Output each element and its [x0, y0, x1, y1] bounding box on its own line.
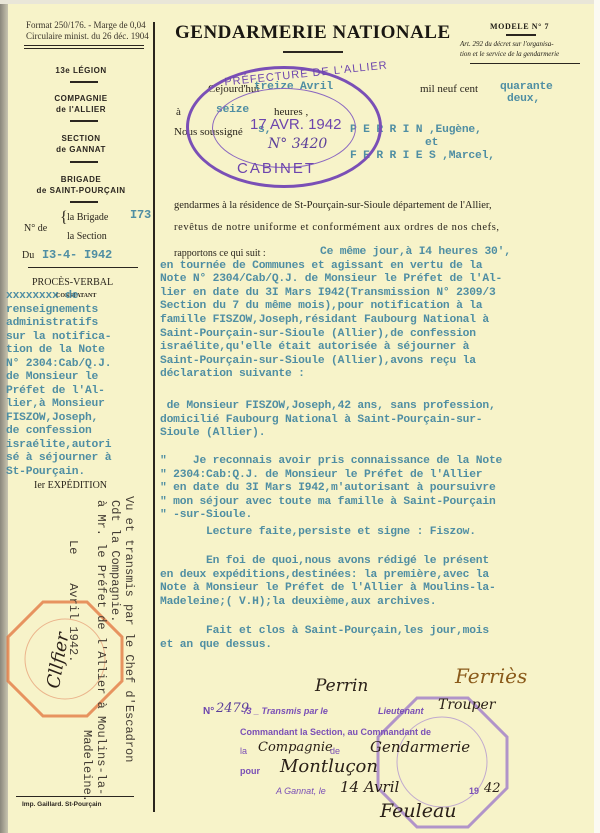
transmittal-gendarmerie: Gendarmerie [370, 738, 470, 756]
format-line-1: Format 250/176. - Marge de 0,04 [26, 20, 146, 30]
transmittal-line-3-prefix: la [240, 746, 247, 756]
report-line: Ce même jour,à I4 heures 30', [160, 246, 511, 260]
declaration-line: " 2304:Cab:Q.J. de Monsieur le Préfet de… [160, 469, 502, 483]
summary-line: sé à séjourner à [6, 452, 111, 466]
declaration: " Je reconnais avoir pris connaissance d… [160, 455, 502, 523]
summary-line: de Monsieur le [6, 371, 111, 385]
summary-line: St-Pourçain. [6, 466, 111, 480]
summary-line: israélite,autori [6, 439, 111, 453]
report-line: déclaration suivante : [160, 368, 511, 382]
divider [28, 267, 138, 268]
declarant-line: de Monsieur FISZOW,Joseph,42 ans, sans p… [160, 400, 496, 414]
transmittal-destination: Montluçon [280, 756, 378, 777]
declarant-line: domicilié Faubourg National à Saint-Pour… [160, 414, 496, 428]
brigade-number-value: I73 [130, 208, 151, 222]
section-name: de GANNAT [16, 145, 146, 154]
transmittal-year: 42 [484, 781, 501, 796]
section-number-label: la Section [67, 231, 107, 242]
signature-section-chief: Feuleau [380, 800, 457, 822]
scan-edge-right [594, 0, 600, 833]
vertical-line-2: Cdt la Compagnie. [108, 500, 122, 622]
transmittal-line-3-mid: de [330, 746, 340, 756]
report-line: en tournée de Communes et agissant en ve… [160, 260, 511, 274]
reading-line: Lecture faite,persiste et signe : Fiszow… [160, 526, 476, 538]
year-typed-2: deux, [507, 93, 540, 105]
report-line: Note N° 2304/Cab/Q.J. de Monsieur le Pré… [160, 273, 511, 287]
summary-line: Préfet de l'Al- [6, 385, 111, 399]
prefecture-stamp-number: N° 3420 [268, 136, 327, 152]
divider [470, 63, 580, 64]
summary-line: sur la notifica- [6, 331, 111, 345]
report-line: Saint-Pourçain-sur-Sioule (Allier),de co… [160, 328, 511, 342]
report-line: famille FISZOW,Joseph,résidant Faubourg … [160, 314, 511, 328]
signature-lieutenant: Trouper [438, 697, 495, 713]
divider [70, 81, 98, 83]
divider [70, 161, 98, 163]
divider [506, 34, 536, 36]
report-line: israélite,qu'elle était autorisée à séjo… [160, 341, 511, 355]
summary-line: FISZOW,Joseph, [6, 412, 111, 426]
prefecture-stamp-bottom: CABINET [237, 160, 316, 177]
closing-line: en deux expéditions,destinées: la premiè… [160, 569, 496, 583]
done-line: et an que dessus. [160, 639, 489, 653]
signature-perrin: Perrin [315, 676, 368, 696]
names-and: et [425, 137, 438, 149]
residence-line: gendarmes à la résidence de St-Pourçain-… [174, 200, 492, 211]
transmittal-date: 14 Avril [340, 778, 399, 796]
closing-line: En foi de quoi,nous avons rédigé le prés… [160, 555, 496, 569]
declaration-line: " Je reconnais avoir pris connaissance d… [160, 455, 502, 469]
closing-line: Note à Monsieur le Préfet de l'Allier à … [160, 582, 496, 596]
divider [283, 51, 343, 53]
summary-line: xxxxxxxx de [6, 290, 111, 304]
format-line-2: Circulaire minist. du 26 déc. 1904 [26, 31, 149, 41]
summary-line: administratifs [6, 317, 111, 331]
uniform-line: revêtus de notre uniforme et conformémen… [174, 222, 500, 233]
report-line: Saint-Pourçain-sur-Sioule (Allier),avons… [160, 355, 511, 369]
fait-et-clos: Fait et clos à Saint-Pourçain,les jour,m… [160, 625, 489, 652]
transmittal-year-prefix: 19 [469, 786, 479, 796]
transmittal-line-5-prefix: A Gannat, le [276, 786, 326, 796]
vertical-line-1: Vu et transmis par le Chef d'Escadron [122, 496, 136, 762]
legion-label: 13e LÉGION [16, 66, 146, 75]
prefecture-stamp-date: 17 AVR. 1942 [250, 116, 341, 133]
transmittal-number-prefix: N° [203, 706, 214, 717]
document-title: GENDARMERIE NATIONALE [175, 22, 451, 44]
closing-line: Madeleine;( V.H);la deuxième,aux archive… [160, 596, 496, 610]
summary-line: tion de la Note [6, 344, 111, 358]
vertical-line-3: à Mr. le Préfet de l'Allier à Moulins-la… [94, 500, 108, 795]
brigade-number-label: la Brigade [67, 212, 108, 223]
date-label: Du [22, 250, 34, 261]
report-body: Ce même jour,à I4 heures 30',en tournée … [160, 246, 511, 382]
transmittal-company: Compagnie [258, 740, 333, 755]
model-label: MODELE N° 7 [490, 22, 549, 31]
declaration-line: " mon séjour avec toute ma famille à Sai… [160, 496, 502, 510]
section-label: SECTION [16, 134, 146, 143]
hour-prefix: à [176, 106, 181, 118]
transmittal-line-2: Commandant la Section, au Commandant de [240, 727, 431, 737]
number-label: N° de [24, 223, 47, 234]
declarant-line: Sioule (Allier). [160, 427, 496, 441]
done-line: Fait et clos à Saint-Pourçain,les jour,m… [160, 625, 489, 639]
vertical-line-5: Le Avril 1942. [66, 540, 80, 662]
expedition-label: Ier EXPÉDITION [34, 480, 107, 491]
scan-edge-top [0, 0, 600, 4]
company-name: de l'ALLIER [16, 105, 146, 114]
date-value: I3-4- I942 [42, 248, 112, 262]
printer-mark: Imp. Gaillard. St-Pourçain [22, 801, 101, 808]
pv-summary: xxxxxxxx derenseignementsadministratifss… [6, 290, 111, 479]
model-ref-1: Art. 292 du décret sur l'organisa- [460, 40, 554, 48]
transmittal-line-4-prefix: pour [240, 766, 260, 776]
brigade-label: BRIGADE [16, 175, 146, 184]
column-divider [153, 22, 155, 812]
summary-line: N° 2304:Cab/Q.J. [6, 358, 111, 372]
report-line: Section du 7 du même mois),pour notifica… [160, 300, 511, 314]
vertical-line-4: Madeleine. [80, 730, 94, 802]
transmittal-rank: Lieutenant [378, 706, 424, 716]
company-label: COMPAGNIE [16, 94, 146, 103]
declarant: de Monsieur FISZOW,Joseph,42 ans, sans p… [160, 400, 496, 441]
declaration-line: " -sur-Sioule. [160, 509, 502, 523]
divider [70, 201, 98, 203]
transmittal-line-1: /3 _ Transmis par le [244, 706, 328, 716]
pv-title: PROCÈS-VERBAL [32, 277, 113, 288]
brigade-name: de SAINT-POURÇAIN [16, 186, 146, 195]
signature-ferries: Ferriès [455, 664, 527, 688]
report-line: lier en date du 3I Mars I942(Transmissio… [160, 287, 511, 301]
year-typed-1: quarante [500, 81, 553, 93]
declaration-line: " en date du 3I Mars I942,m'autorisant à… [160, 482, 502, 496]
summary-line: lier,à Monsieur [6, 398, 111, 412]
date-mid: mil neuf cent [420, 83, 478, 95]
model-ref-2: tion et le service de la gendarmerie [460, 50, 559, 58]
divider [16, 796, 134, 797]
divider [24, 45, 144, 46]
summary-line: de confession [6, 425, 111, 439]
closing: En foi de quoi,nous avons rédigé le prés… [160, 555, 496, 609]
divider [24, 48, 144, 49]
summary-line: renseignements [6, 304, 111, 318]
divider [70, 120, 98, 122]
